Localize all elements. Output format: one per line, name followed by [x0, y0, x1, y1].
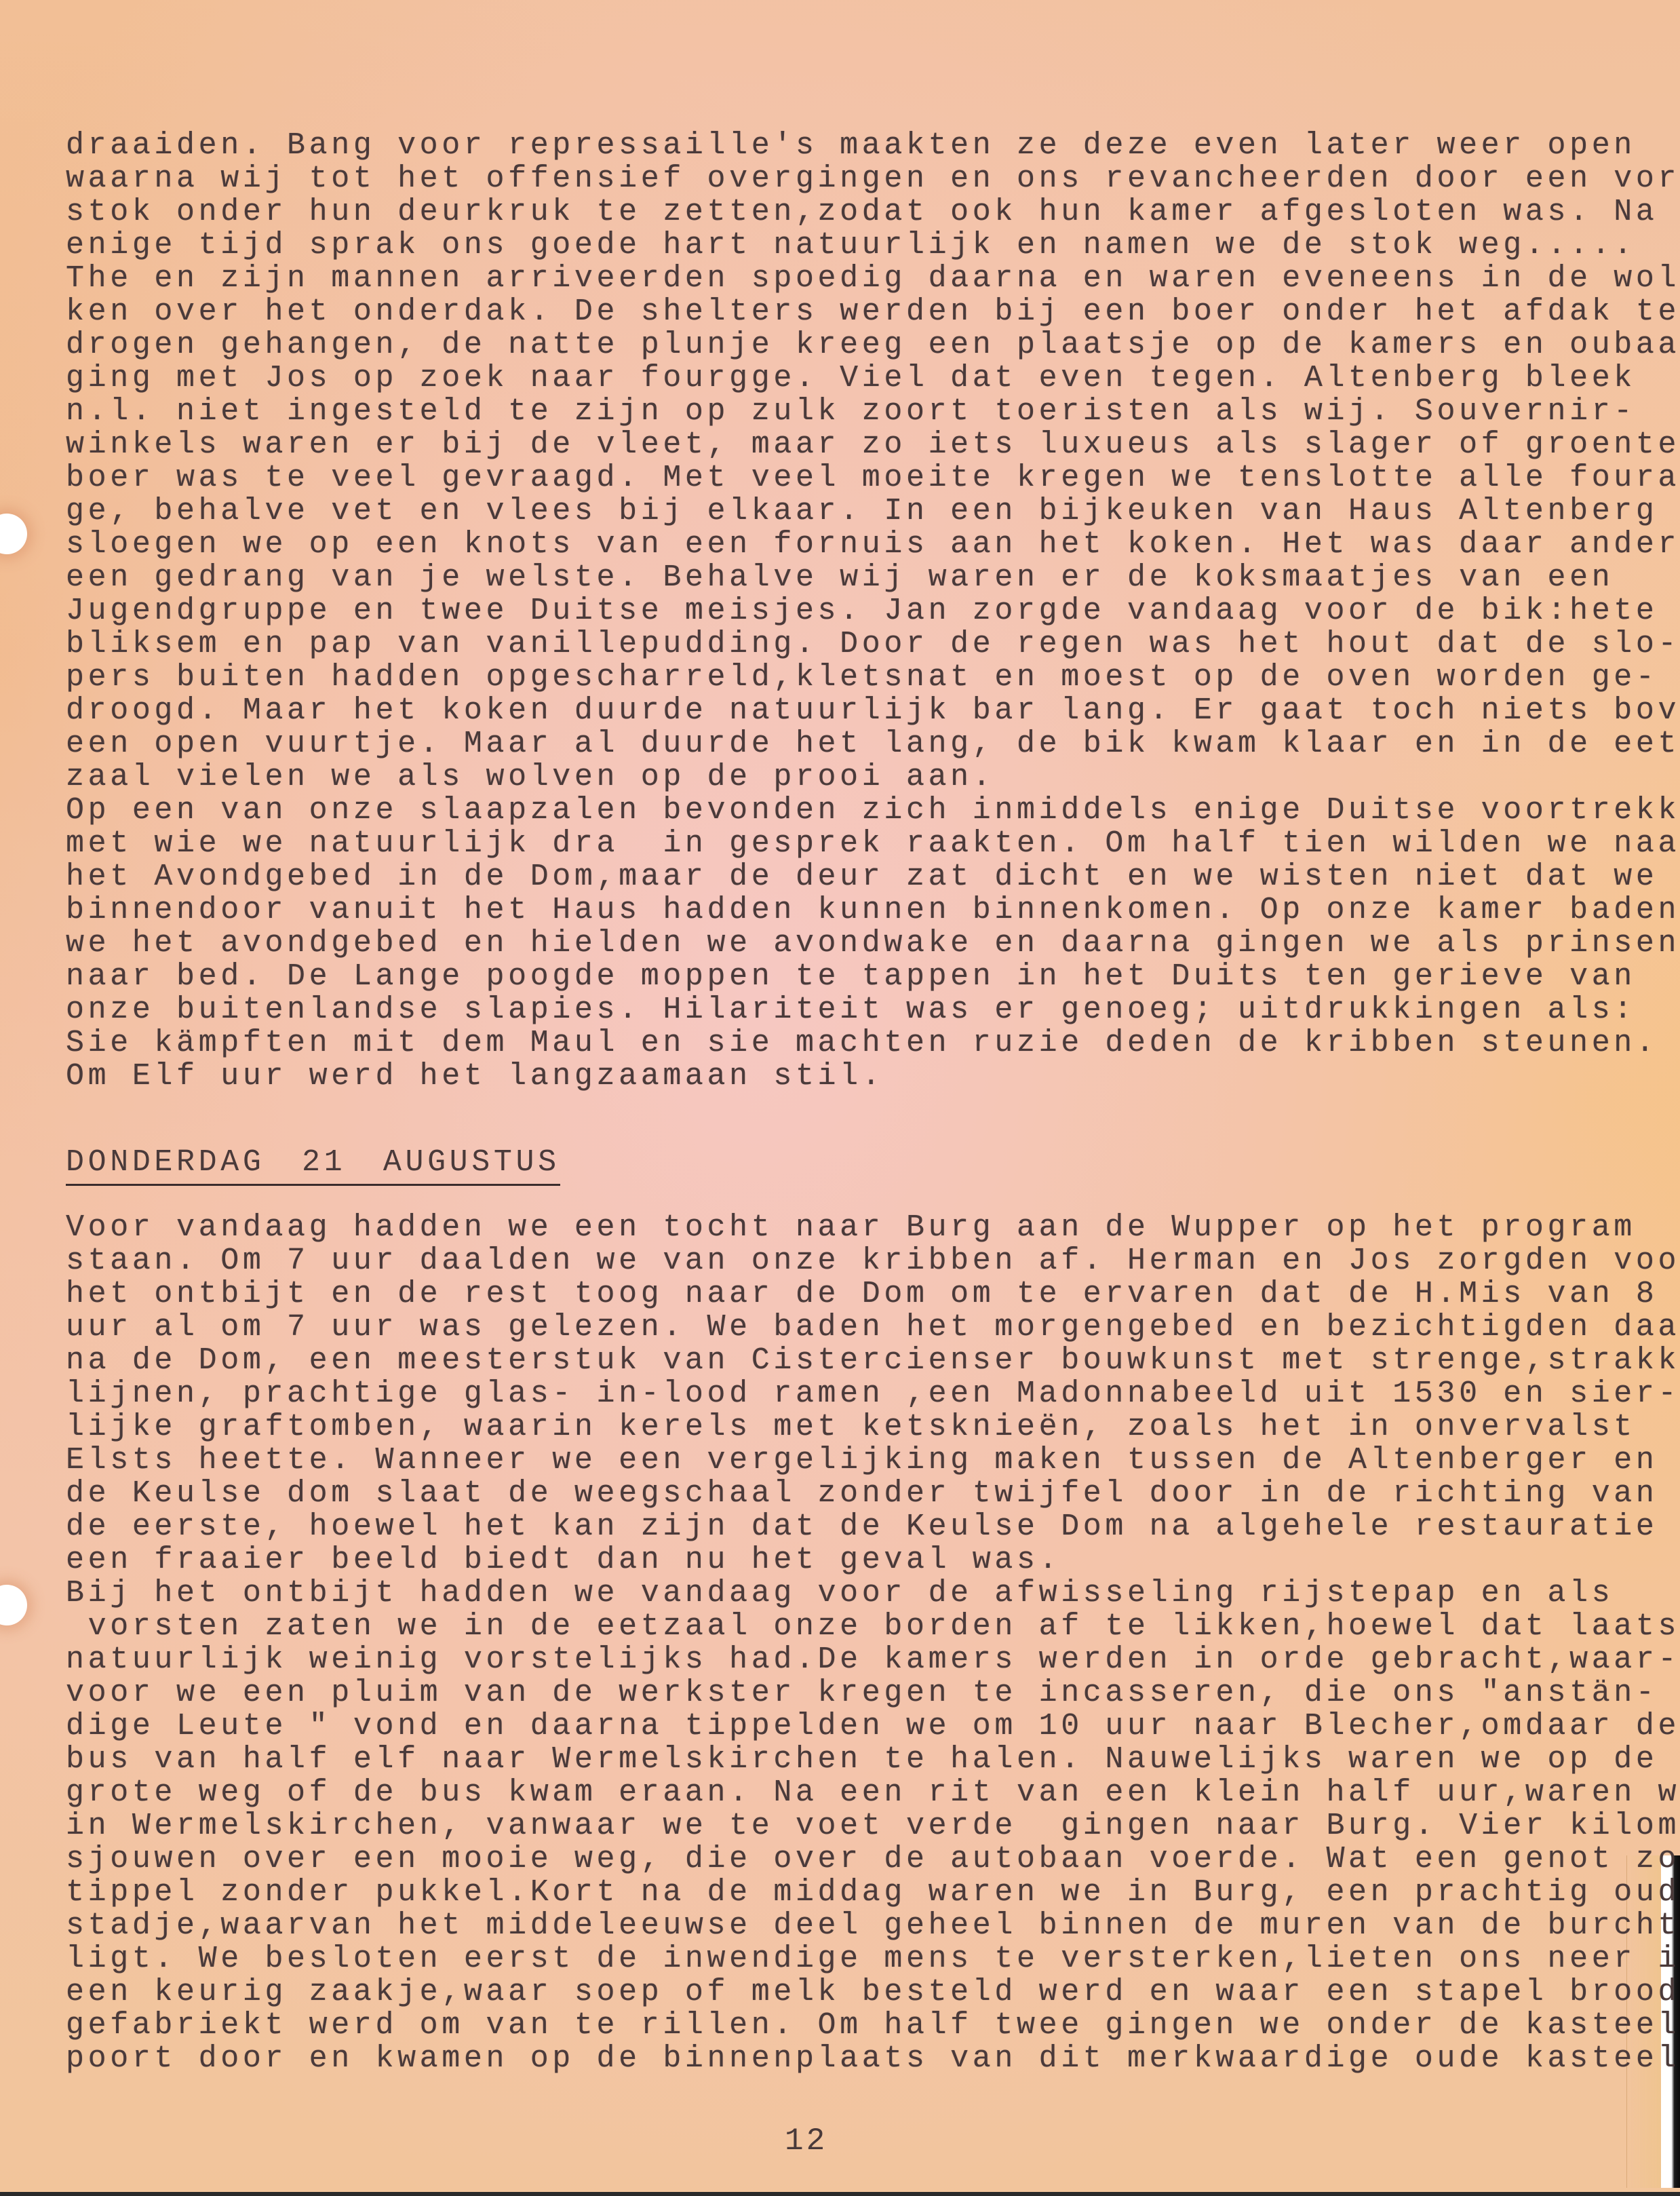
document-page: draaiden. Bang voor repressaille's maakt… — [0, 0, 1680, 2196]
text-line: in Wermelskirchen, vanwaar we te voet ve… — [66, 1809, 1653, 1843]
text-line: n.l. niet ingesteld te zijn op zulk zoor… — [66, 395, 1653, 428]
text-line: draaiden. Bang voor repressaille's maakt… — [66, 129, 1653, 162]
section-heading-date: DONDERDAG 21 AUGUSTUS — [66, 1145, 560, 1186]
text-line: voor we een pluim van de werkster kregen… — [66, 1676, 1653, 1710]
scan-bottom-edge — [0, 2192, 1680, 2196]
text-line: grote weg of de bus kwam eraan. Na een r… — [66, 1776, 1653, 1809]
text-line: natuurlijk weinig vorstelijks had.De kam… — [66, 1643, 1653, 1676]
section-2-body: Voor vandaag hadden we een tocht naar Bu… — [66, 1211, 1653, 2075]
text-line: lijke graftomben, waarin kerels met kets… — [66, 1410, 1653, 1444]
text-line: bus van half elf naar Wermelskirchen te … — [66, 1743, 1653, 1776]
text-line: een keurig zaakje,waar soep of melk best… — [66, 1976, 1653, 2009]
text-line: Jugendgruppe en twee Duitse meisjes. Jan… — [66, 594, 1653, 628]
text-line: een fraaier beeld biedt dan nu het geval… — [66, 1543, 1653, 1577]
text-line: boer was te veel gevraagd. Met veel moei… — [66, 461, 1653, 495]
text-line: met wie we natuurlijk dra in gesprek raa… — [66, 827, 1653, 860]
text-line: een gedrang van je welste. Behalve wij w… — [66, 561, 1653, 594]
text-line: Om Elf uur werd het langzaamaan stil. — [66, 1060, 1653, 1093]
text-line: het ontbijt en de rest toog naar de Dom … — [66, 1277, 1653, 1311]
text-line: Elsts heette. Wanneer we een vergelijkin… — [66, 1444, 1653, 1477]
page-number: 12 — [785, 2123, 827, 2159]
text-line: Voor vandaag hadden we een tocht naar Bu… — [66, 1211, 1653, 1244]
punch-hole-top — [0, 514, 27, 554]
text-line: enige tijd sprak ons goede hart natuurli… — [66, 229, 1653, 262]
text-line: drogen gehangen, de natte plunje kreeg e… — [66, 328, 1653, 362]
text-line: sloegen we op een knots van een fornuis … — [66, 528, 1653, 561]
text-line: tippel zonder pukkel.Kort na de middag w… — [66, 1876, 1653, 1909]
text-line: vorsten zaten we in de eetzaal onze bord… — [66, 1610, 1653, 1643]
text-line: gefabriekt werd om van te rillen. Om hal… — [66, 2009, 1653, 2042]
text-line: lijnen, prachtige glas- in-lood ramen ,e… — [66, 1377, 1653, 1410]
punch-hole-bottom — [0, 1585, 27, 1625]
text-line: dige Leute " vond en daarna tippelden we… — [66, 1710, 1653, 1743]
text-line: poort door en kwamen op de binnenplaats … — [66, 2042, 1653, 2075]
text-line: na de Dom, een meesterstuk van Cistercie… — [66, 1344, 1653, 1377]
section-1-body: draaiden. Bang voor repressaille's maakt… — [66, 129, 1653, 1093]
text-line: de eerste, hoewel het kan zijn dat de Ke… — [66, 1510, 1653, 1543]
text-line: ligt. We besloten eerst de inwendige men… — [66, 1942, 1653, 1976]
text-line: droogd. Maar het koken duurde natuurlijk… — [66, 694, 1653, 727]
text-line: zaal vielen we als wolven op de prooi aa… — [66, 760, 1653, 794]
text-line: ken over het onderdak. De shelters werde… — [66, 295, 1653, 328]
text-line: het Avondgebed in de Dom,maar de deur za… — [66, 860, 1653, 893]
text-line: Bij het ontbijt hadden we vandaag voor d… — [66, 1577, 1653, 1610]
text-line: uur al om 7 uur was gelezen. We baden he… — [66, 1311, 1653, 1344]
text-line: ge, behalve vet en vlees bij elkaar. In … — [66, 495, 1653, 528]
text-line: de Keulse dom slaat de weegschaal zonder… — [66, 1477, 1653, 1510]
text-line: staan. Om 7 uur daalden we van onze krib… — [66, 1244, 1653, 1277]
text-line: onze buitenlandse slapies. Hilariteit wa… — [66, 993, 1653, 1026]
text-line: naar bed. De Lange poogde moppen te tapp… — [66, 960, 1653, 993]
text-line: binnendoor vanuit het Haus hadden kunnen… — [66, 893, 1653, 927]
text-line: bliksem en pap van vanillepudding. Door … — [66, 628, 1653, 661]
text-line: pers buiten hadden opgescharreld,kletsna… — [66, 661, 1653, 694]
text-line: The en zijn mannen arriveerden spoedig d… — [66, 262, 1653, 295]
text-line: ging met Jos op zoek naar fourgge. Viel … — [66, 362, 1653, 395]
text-line: sjouwen over een mooie weg, die over de … — [66, 1843, 1653, 1876]
text-line: Sie kämpften mit dem Maul en sie machten… — [66, 1026, 1653, 1060]
text-line: winkels waren er bij de vleet, maar zo i… — [66, 428, 1653, 461]
text-line: stok onder hun deurkruk te zetten,zodat … — [66, 195, 1653, 229]
text-line: Op een van onze slaapzalen bevonden zich… — [66, 794, 1653, 827]
text-line: waarna wij tot het offensief overgingen … — [66, 162, 1653, 195]
text-line: we het avondgebed en hielden we avondwak… — [66, 927, 1653, 960]
text-line: een open vuurtje. Maar al duurde het lan… — [66, 727, 1653, 760]
text-line: stadje,waarvan het middeleeuwse deel geh… — [66, 1909, 1653, 1942]
